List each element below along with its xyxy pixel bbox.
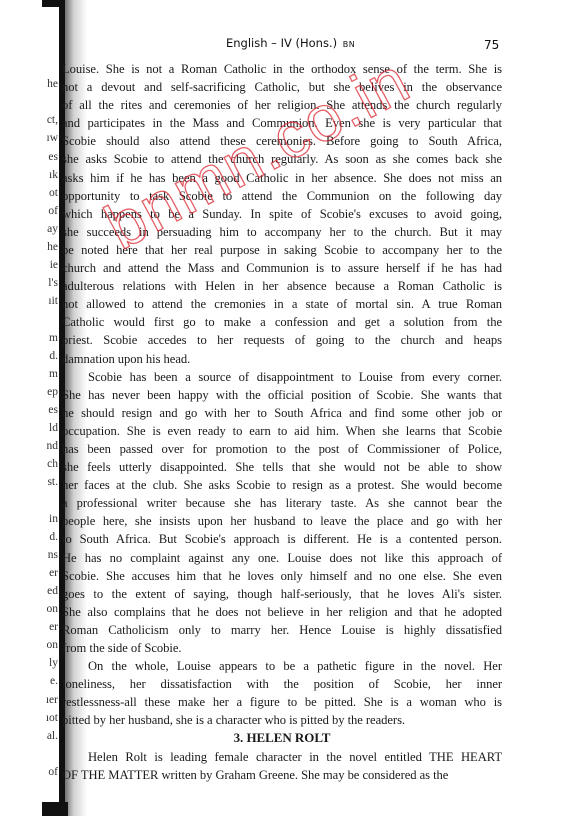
text-line: which happens to be a Sunday. In spite o… xyxy=(62,205,502,223)
section-heading: 3. HELEN ROLT xyxy=(62,729,502,747)
gutter-fragment: m xyxy=(49,332,58,344)
gutter-fragment: he xyxy=(47,78,58,90)
text-line: and participates in the Mass and Communi… xyxy=(62,114,502,132)
text-line: be noted here that her real purpose in s… xyxy=(62,241,502,259)
text-line: not allowed to attend the cremonies in a… xyxy=(62,295,502,313)
gutter-fragment: nd xyxy=(47,440,59,452)
text-line: goes to the extent of saying, though hal… xyxy=(62,585,502,603)
gutter-fragment: ch xyxy=(47,458,58,470)
text-line: asks him if he has been a good Catholic … xyxy=(62,169,502,187)
text-line: pitted by her husband, she is a characte… xyxy=(62,711,502,729)
text-line: Scobie should also attend these ceremoni… xyxy=(62,132,502,150)
text-line: loneliness, her dissatisfaction with the… xyxy=(62,675,502,693)
gutter-fragment: ıer xyxy=(46,694,58,706)
text-line: to South Africa. But Scobie's approach i… xyxy=(62,530,502,548)
gutter-fragment: on xyxy=(47,639,59,651)
gutter-fragment: st. xyxy=(47,476,58,488)
text-line: a professional writer because she has li… xyxy=(62,494,502,512)
gutter-fragment: in xyxy=(49,513,58,525)
gutter-fragment: ld xyxy=(49,422,58,434)
text-line: OF THE MATTER written by Graham Greene. … xyxy=(62,766,502,784)
text-line: Catholic would first go to make a confes… xyxy=(62,313,502,331)
text-line: On the whole, Louise appears to be a pat… xyxy=(62,657,502,675)
gutter-fragment: d. xyxy=(49,350,58,362)
page-body: Louise. She is not a Roman Catholic in t… xyxy=(62,60,502,784)
text-line: occupation. She is even ready to earn to… xyxy=(62,422,502,440)
gutter-fragment: er xyxy=(49,567,58,579)
gutter-fragment: ep xyxy=(47,386,58,398)
page-number: 75 xyxy=(484,38,499,52)
running-header: English – IV (Hons.) BN xyxy=(226,36,355,50)
gutter-fragment: ie xyxy=(50,259,58,271)
gutter-fragment: al. xyxy=(47,730,58,742)
text-line: she succeeds in persuading him to accomp… xyxy=(62,223,502,241)
gutter-fragment: on xyxy=(47,603,59,615)
text-line: church and attend the Mass and Communion… xyxy=(62,259,502,277)
text-line: he should resign and go with her to Sout… xyxy=(62,404,502,422)
text-line: damnation upon his head. xyxy=(62,350,502,368)
text-line: she asks Scobie to attend the church reg… xyxy=(62,150,502,168)
text-line: priest. Scobie accedes to her requests o… xyxy=(62,331,502,349)
gutter-fragment: d. xyxy=(49,531,58,543)
text-line: she feels utterly disappointed. She tell… xyxy=(62,458,502,476)
previous-page-gutter-text: hect,ıwesıkotofayheiel'sıitmd.mepesldndc… xyxy=(32,0,58,816)
gutter-fragment: ıit xyxy=(48,295,58,307)
text-line: Louise. She is not a Roman Catholic in t… xyxy=(62,60,502,78)
text-line: has been passed over for promotion to th… xyxy=(62,440,502,458)
gutter-fragment: l's xyxy=(48,277,58,289)
text-line: She has never been happy with the offici… xyxy=(62,386,502,404)
text-line: Scobie has been a source of disappointme… xyxy=(62,368,502,386)
text-line: Scobie. She accuses him that he loves on… xyxy=(62,567,502,585)
gutter-fragment: ns xyxy=(48,549,58,561)
text-line: adulterous relations with Helen in her a… xyxy=(62,277,502,295)
text-line: opportunity to task Scobie to attend the… xyxy=(62,187,502,205)
text-line: He has no complaint against any one. Lou… xyxy=(62,549,502,567)
gutter-fragment: he xyxy=(47,241,58,253)
gutter-fragment: ct, xyxy=(47,114,58,126)
gutter-fragment: ıw xyxy=(47,132,59,144)
gutter-fragment: ay xyxy=(47,223,58,235)
text-line: people here, she insists upon her husban… xyxy=(62,512,502,530)
gutter-fragment: es xyxy=(48,404,58,416)
text-line: She also complains that he does not beli… xyxy=(62,603,502,621)
gutter-fragment: m xyxy=(49,368,58,380)
gutter-fragment: of xyxy=(48,205,58,217)
gutter-fragment: e. xyxy=(50,675,58,687)
book-title: English – IV (Hons.) xyxy=(226,36,337,50)
gutter-fragment: ly xyxy=(49,657,58,669)
gutter-fragment: of xyxy=(48,766,58,778)
book-title-suffix: BN xyxy=(343,40,355,49)
gutter-fragment: ot xyxy=(49,187,58,199)
gutter-fragment: er xyxy=(49,621,58,633)
text-line: not a devout and self-sacrificing Cathol… xyxy=(62,78,502,96)
text-line: Roman Catholicism only to marry her. Hen… xyxy=(62,621,502,639)
gutter-fragment: ed xyxy=(47,585,58,597)
gutter-fragment: ıot xyxy=(46,712,58,724)
text-line: restlessness-all these make her a figure… xyxy=(62,693,502,711)
text-line: from the side of Scobie. xyxy=(62,639,502,657)
gutter-fragment: es xyxy=(48,151,58,163)
text-line: Helen Rolt is leading female character i… xyxy=(62,748,502,766)
text-line: her faces at the club. She asks Scobie t… xyxy=(62,476,502,494)
gutter-fragment: ık xyxy=(49,169,58,181)
text-line: of all the rites and ceremonies of her r… xyxy=(62,96,502,114)
